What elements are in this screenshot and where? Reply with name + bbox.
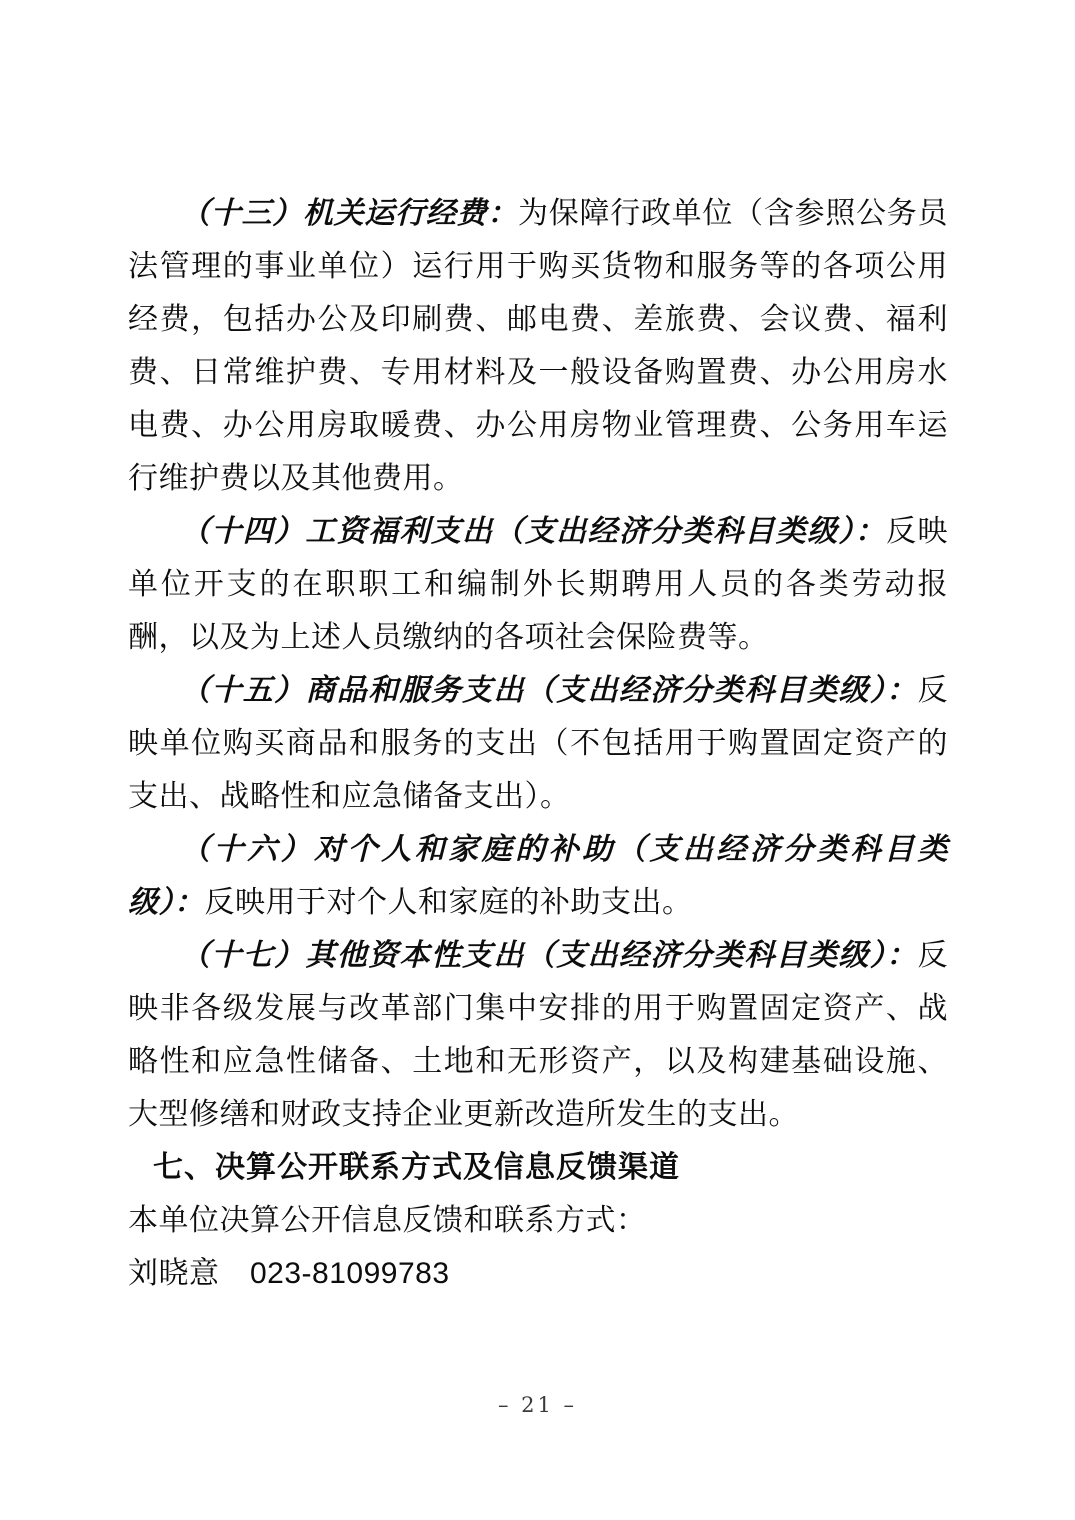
paragraph-13-operating-expenses: （十三）机关运行经费：为保障行政单位（含参照公务员法管理的事业单位）运行用于购买…	[128, 187, 948, 505]
document-content: （十三）机关运行经费：为保障行政单位（含参照公务员法管理的事业单位）运行用于购买…	[128, 187, 948, 1300]
section-heading-contact-channels: 七、决算公开联系方式及信息反馈渠道	[128, 1141, 948, 1194]
paragraph-15-lead: （十五）商品和服务支出（支出经济分类科目类级）：	[180, 674, 918, 707]
paragraph-15-goods-services: （十五）商品和服务支出（支出经济分类科目类级）：反映单位购买商品和服务的支出（不…	[128, 664, 948, 823]
paragraph-14-lead: （十四）工资福利支出（支出经济分类科目类级）：	[180, 515, 886, 548]
paragraph-13-body: 为保障行政单位（含参照公务员法管理的事业单位）运行用于购买货物和服务等的各项公用…	[128, 197, 948, 495]
paragraph-17-other-capital-expenses: （十七）其他资本性支出（支出经济分类科目类级）：反映非各级发展与改革部门集中安排…	[128, 929, 948, 1141]
contact-intro-line: 本单位决算公开信息反馈和联系方式：	[128, 1194, 948, 1247]
contact-name-phone-line: 刘晓意 023-81099783	[128, 1247, 948, 1300]
document-page: （十三）机关运行经费：为保障行政单位（含参照公务员法管理的事业单位）运行用于购买…	[0, 0, 1075, 1520]
paragraph-17-lead: （十七）其他资本性支出（支出经济分类科目类级）：	[180, 939, 918, 972]
page-number: – 21 –	[0, 1393, 1075, 1417]
paragraph-16-individual-family-subsidy: （十六）对个人和家庭的补助（支出经济分类科目类级）：反映用于对个人和家庭的补助支…	[128, 823, 948, 929]
paragraph-13-lead: （十三）机关运行经费：	[180, 197, 518, 230]
paragraph-14-wage-welfare: （十四）工资福利支出（支出经济分类科目类级）：反映单位开支的在职职工和编制外长期…	[128, 505, 948, 664]
paragraph-16-body: 反映用于对个人和家庭的补助支出。	[205, 886, 693, 919]
